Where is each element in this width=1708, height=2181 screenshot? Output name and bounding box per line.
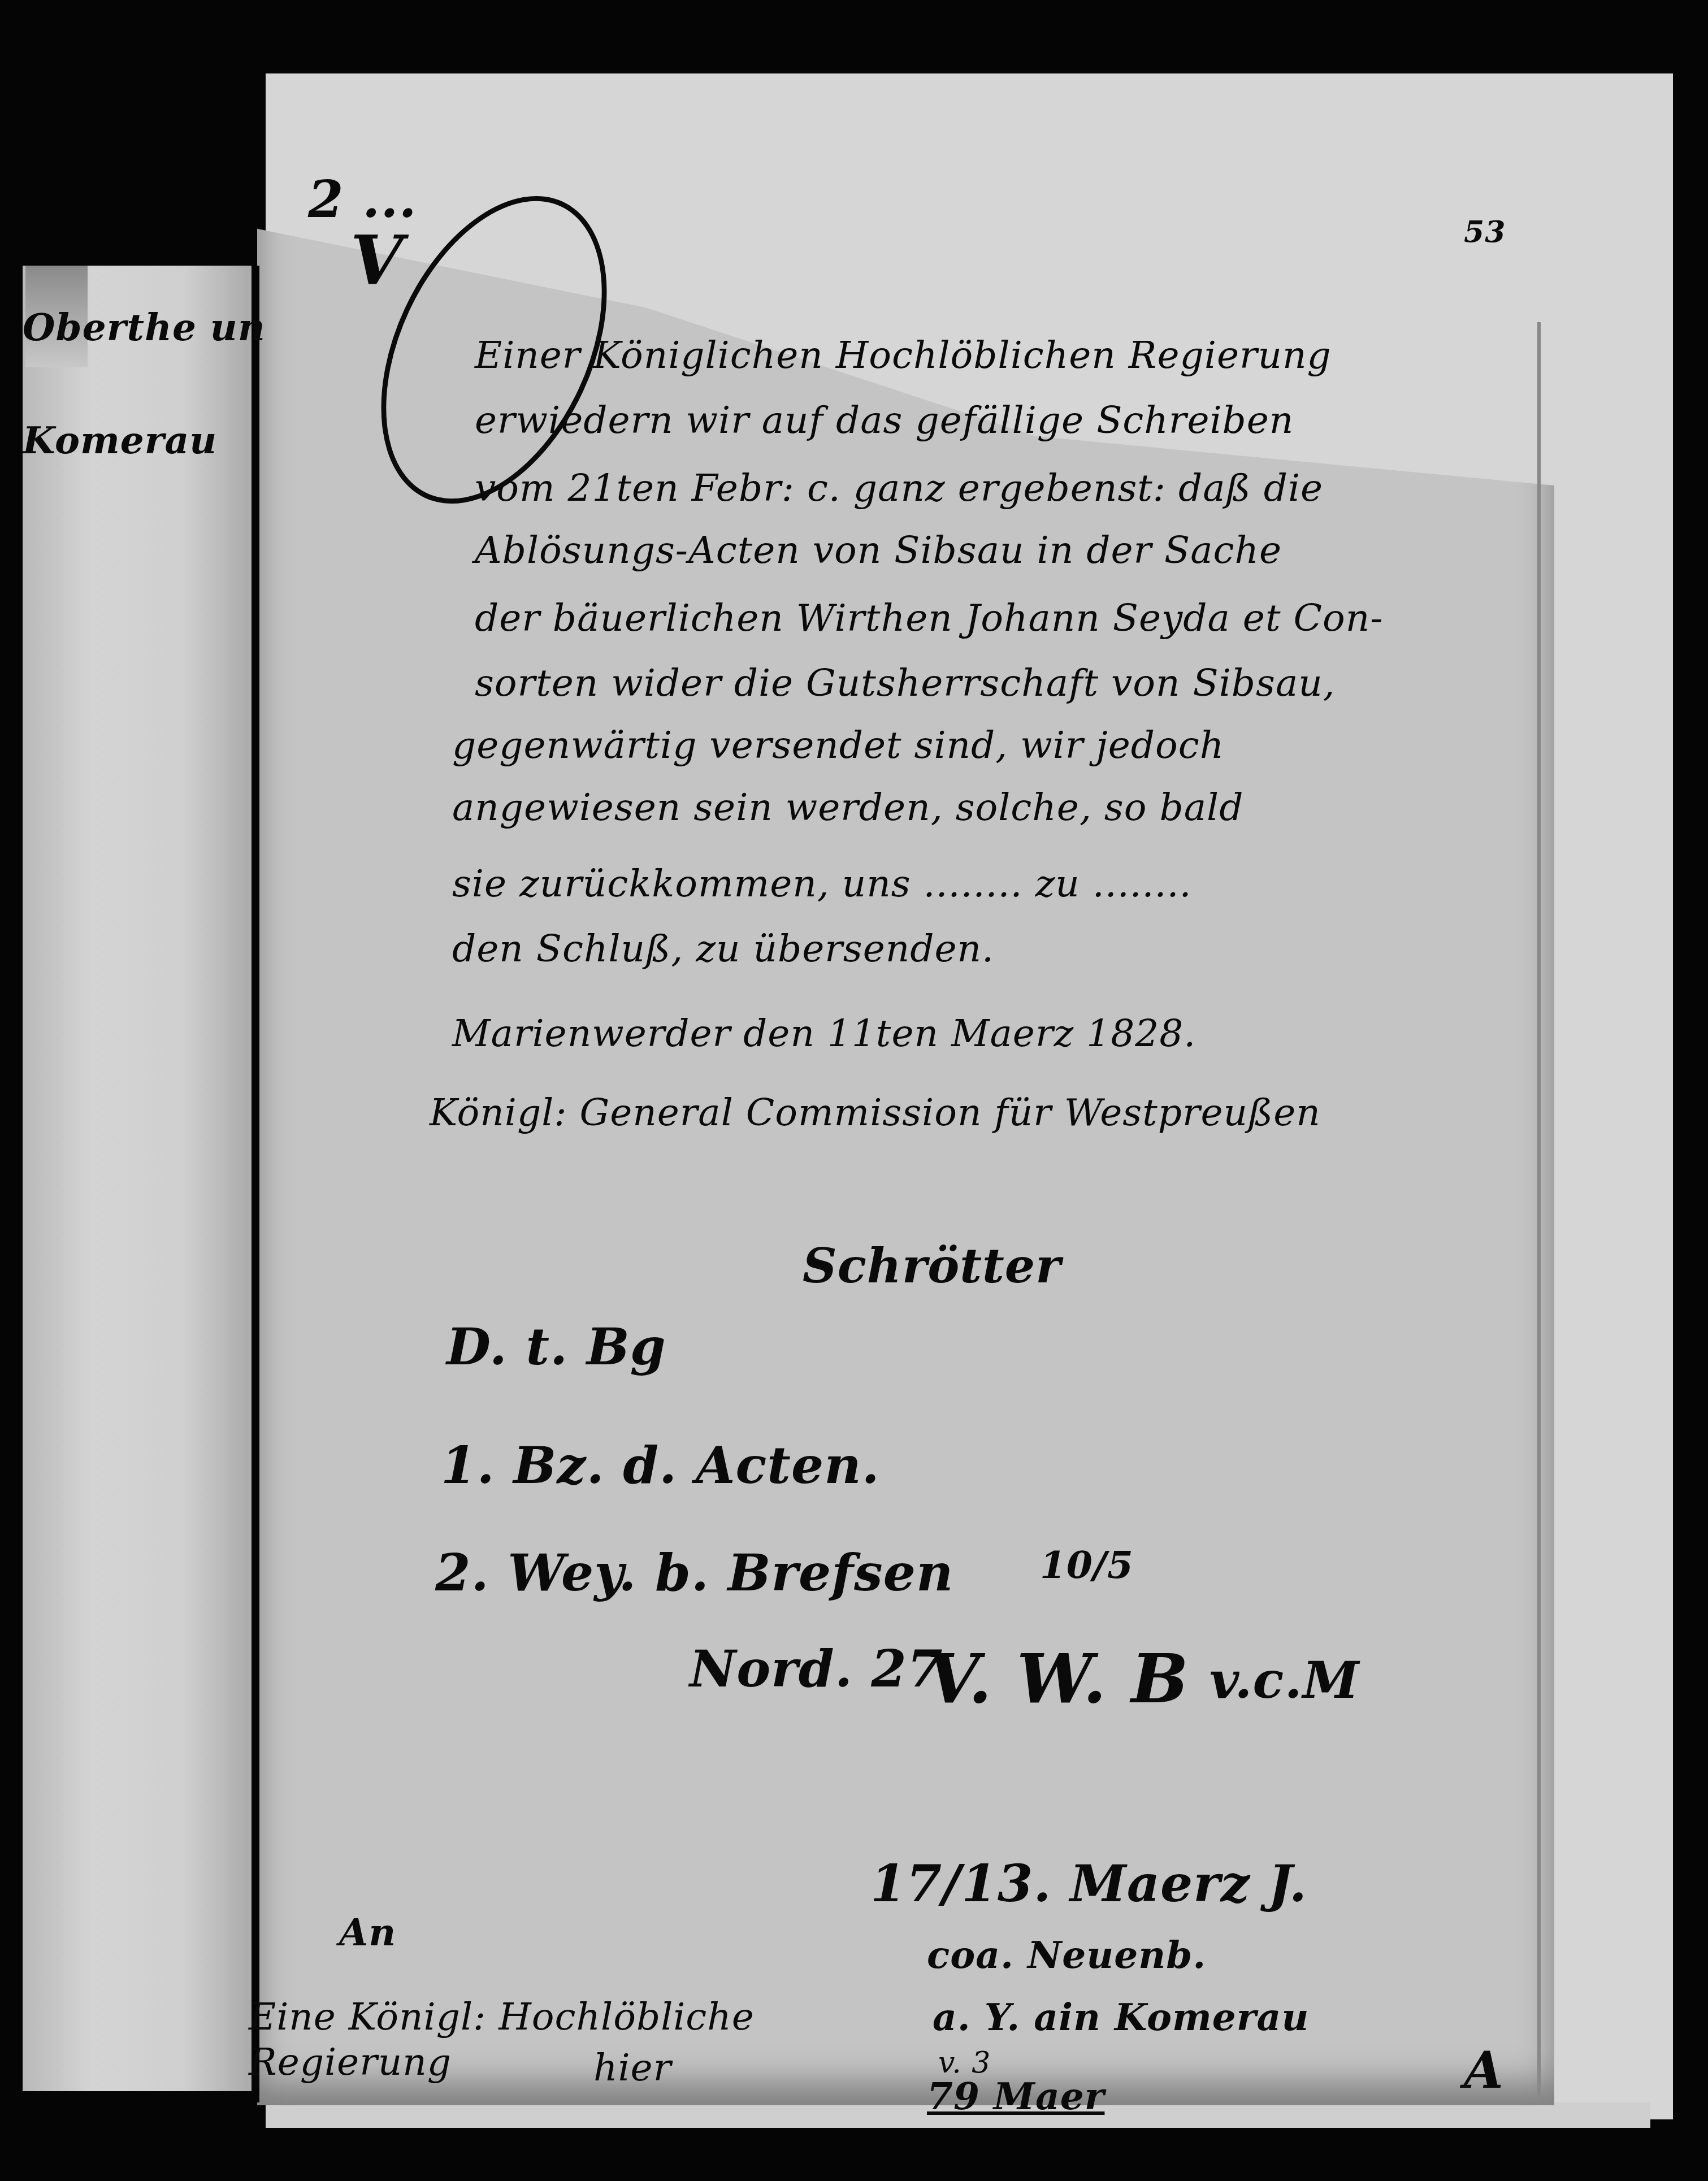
folio-number: 53 [1464,215,1506,249]
signature: Schrötter [803,1238,1061,1294]
body-line-5: der bäuerlichen Wirthen Johann Seyda et … [475,596,1383,640]
margin-note-line2: Komerau [23,418,217,462]
bottom-right-mark: A [1464,2040,1504,2100]
address-line-3: Regierung [249,2040,452,2084]
annotation-2: 1. Bz. d. Acten. [441,1436,880,1495]
annotation-vcm: v.c.M [1210,1650,1359,1710]
body-line-3: vom 21ten Febr: c. ganz ergebenst: daß d… [475,466,1323,510]
body-line-6: sorten wider die Gutsherrschaft von Sibs… [475,661,1336,705]
body-line-8: angewiesen sein werden, solche, so bald [452,786,1243,829]
annotation-coa: coa. Neuenb. [927,1933,1206,1977]
annotation-fraction: 10/5 [1040,1543,1134,1587]
check-mark: V [350,220,404,300]
place-date: Marienwerder den 11ten Maerz 1828. [452,1012,1196,1055]
body-line-7: gegenwärtig versendet sind, wir jedoch [452,723,1224,767]
annotation-nord: Nord. 27 [690,1639,943,1699]
body-line-1: Einer Königlichen Hochlöblichen Regierun… [475,333,1332,377]
sender-authority: Königl: General Commission für Westpreuß… [430,1091,1321,1134]
annotation-3: 2. Wey. b. Brefsen [435,1543,953,1603]
binding-fold [252,266,259,2102]
left-folded-strip [23,266,254,2091]
address-line-1: An [339,1910,396,1954]
margin-note-line1: Oberthe un [23,305,266,349]
annotation-komerau: a. Y. ain Komerau [933,1995,1309,2039]
annotation-date: 17/13. Maerz J. [870,1854,1307,1914]
annotation-initials: V. W. B [927,1639,1189,1719]
annotation-79: 79 Maer [927,2074,1104,2118]
annotation-1: D. t. Bg [446,1317,666,1377]
body-line-4: Ablösungs-Acten von Sibsau in der Sache [475,528,1282,572]
body-line-10: den Schluß, zu übersenden. [452,927,994,970]
body-line-2: erwiedern wir auf das gefällige Schreibe… [475,398,1294,442]
main-sheet-right-edge [1537,322,1541,2097]
body-line-9: sie zurückkommen, uns ........ zu ......… [452,862,1192,905]
address-line-2: Eine Königl: Hochlöbliche [249,1995,755,2039]
address-line-4: hier [593,2046,671,2089]
